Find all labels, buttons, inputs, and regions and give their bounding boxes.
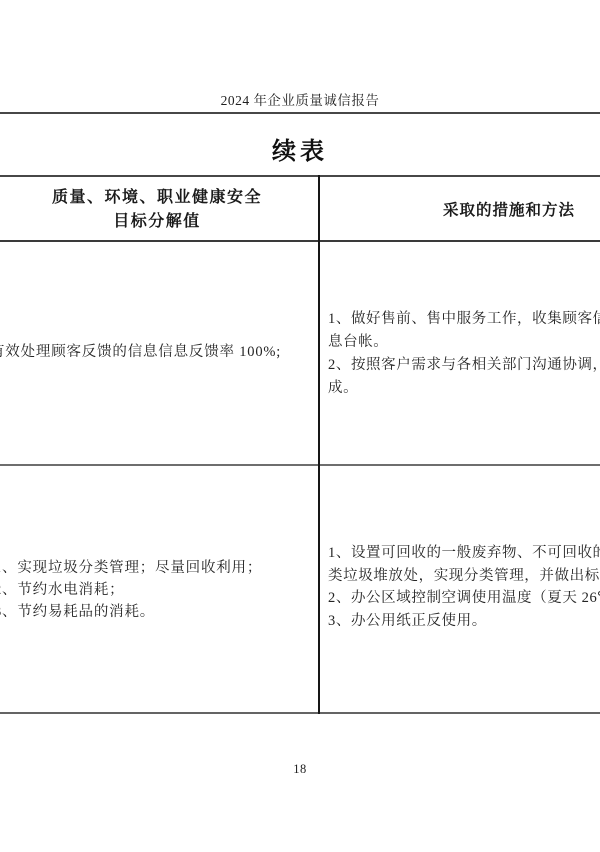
goal-column-header-line: 质量、环境、职业健康安全	[0, 186, 320, 210]
text-line: 2、办公区域控制空调使用温度（夏天 26℃	[328, 587, 600, 610]
row1-measures-cell: 1、做好售前、售中服务工作，收集顾客信 息台帐。 2、按照客户需求与各相关部门沟…	[328, 308, 600, 400]
text-line: 2、节约水电消耗；	[0, 579, 262, 601]
table-bottom-border	[0, 712, 600, 714]
row1-goal-cell: 有效处理顾客反馈的信息信息反馈率 100%;	[0, 344, 281, 360]
text-line: 有效处理顾客反馈的信息信息反馈率 100%;	[0, 344, 281, 360]
text-line: 息台帐。	[328, 331, 600, 354]
text-line: 3、办公用纸正反使用。	[328, 610, 600, 633]
text-line: 3、节约易耗品的消耗。	[0, 601, 262, 623]
text-line: 类垃圾堆放处，实现分类管理，并做出标	[328, 565, 600, 588]
goal-column-header-line: 目标分解值	[0, 210, 320, 234]
measures-column-header: 采取的措施和方法	[320, 203, 600, 219]
row-divider	[0, 464, 600, 466]
text-line: 1、实现垃圾分类管理；尽量回收利用；	[0, 557, 262, 579]
goal-column-header: 质量、环境、职业健康安全 目标分解值	[0, 186, 320, 234]
text-line: 1、设置可回收的一般废弃物、不可回收的	[328, 542, 600, 565]
document-page: 2024 年企业质量诚信报告 续表 质量、环境、职业健康安全 目标分解值 采取的…	[0, 0, 600, 852]
page-number: 18	[0, 762, 600, 777]
header-row-divider	[0, 240, 600, 242]
row2-measures-cell: 1、设置可回收的一般废弃物、不可回收的 类垃圾堆放处，实现分类管理，并做出标 2…	[328, 542, 600, 632]
table-top-border	[0, 175, 600, 177]
column-divider	[318, 175, 320, 714]
running-header: 2024 年企业质量诚信报告	[0, 89, 600, 109]
text-line: 成。	[328, 377, 600, 400]
header-rule	[0, 112, 600, 114]
continued-table-title: 续表	[0, 131, 600, 166]
text-line: 2、按照客户需求与各相关部门沟通协调，	[328, 354, 600, 377]
row2-goal-cell: 1、实现垃圾分类管理；尽量回收利用； 2、节约水电消耗； 3、节约易耗品的消耗。	[0, 557, 262, 623]
text-line: 1、做好售前、售中服务工作，收集顾客信	[328, 308, 600, 331]
